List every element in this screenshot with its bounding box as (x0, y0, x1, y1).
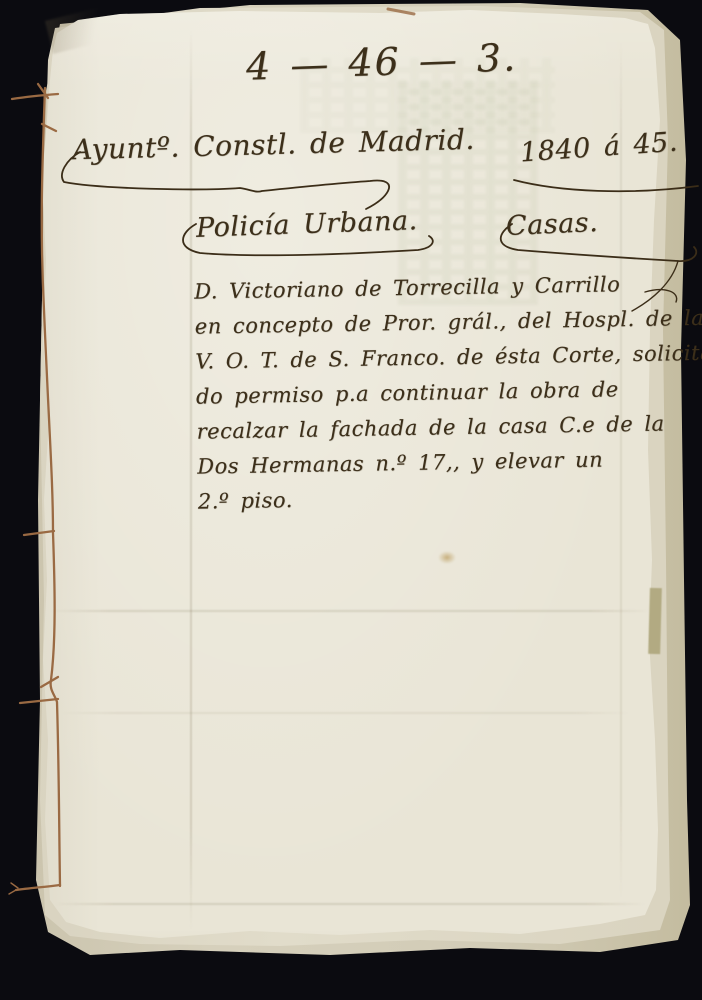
subject-casas: Casas. (505, 207, 598, 242)
ink-stain (438, 551, 456, 564)
manuscript-scan: 4 — 46 — 3. Ayuntº. Constl. de Madrid. 1… (0, 0, 702, 1000)
thread-fray (9, 883, 18, 894)
page-edge-sliver (648, 588, 662, 654)
body-paragraph: D. Victoriano de Torrecilla y Carrillo e… (194, 265, 702, 519)
